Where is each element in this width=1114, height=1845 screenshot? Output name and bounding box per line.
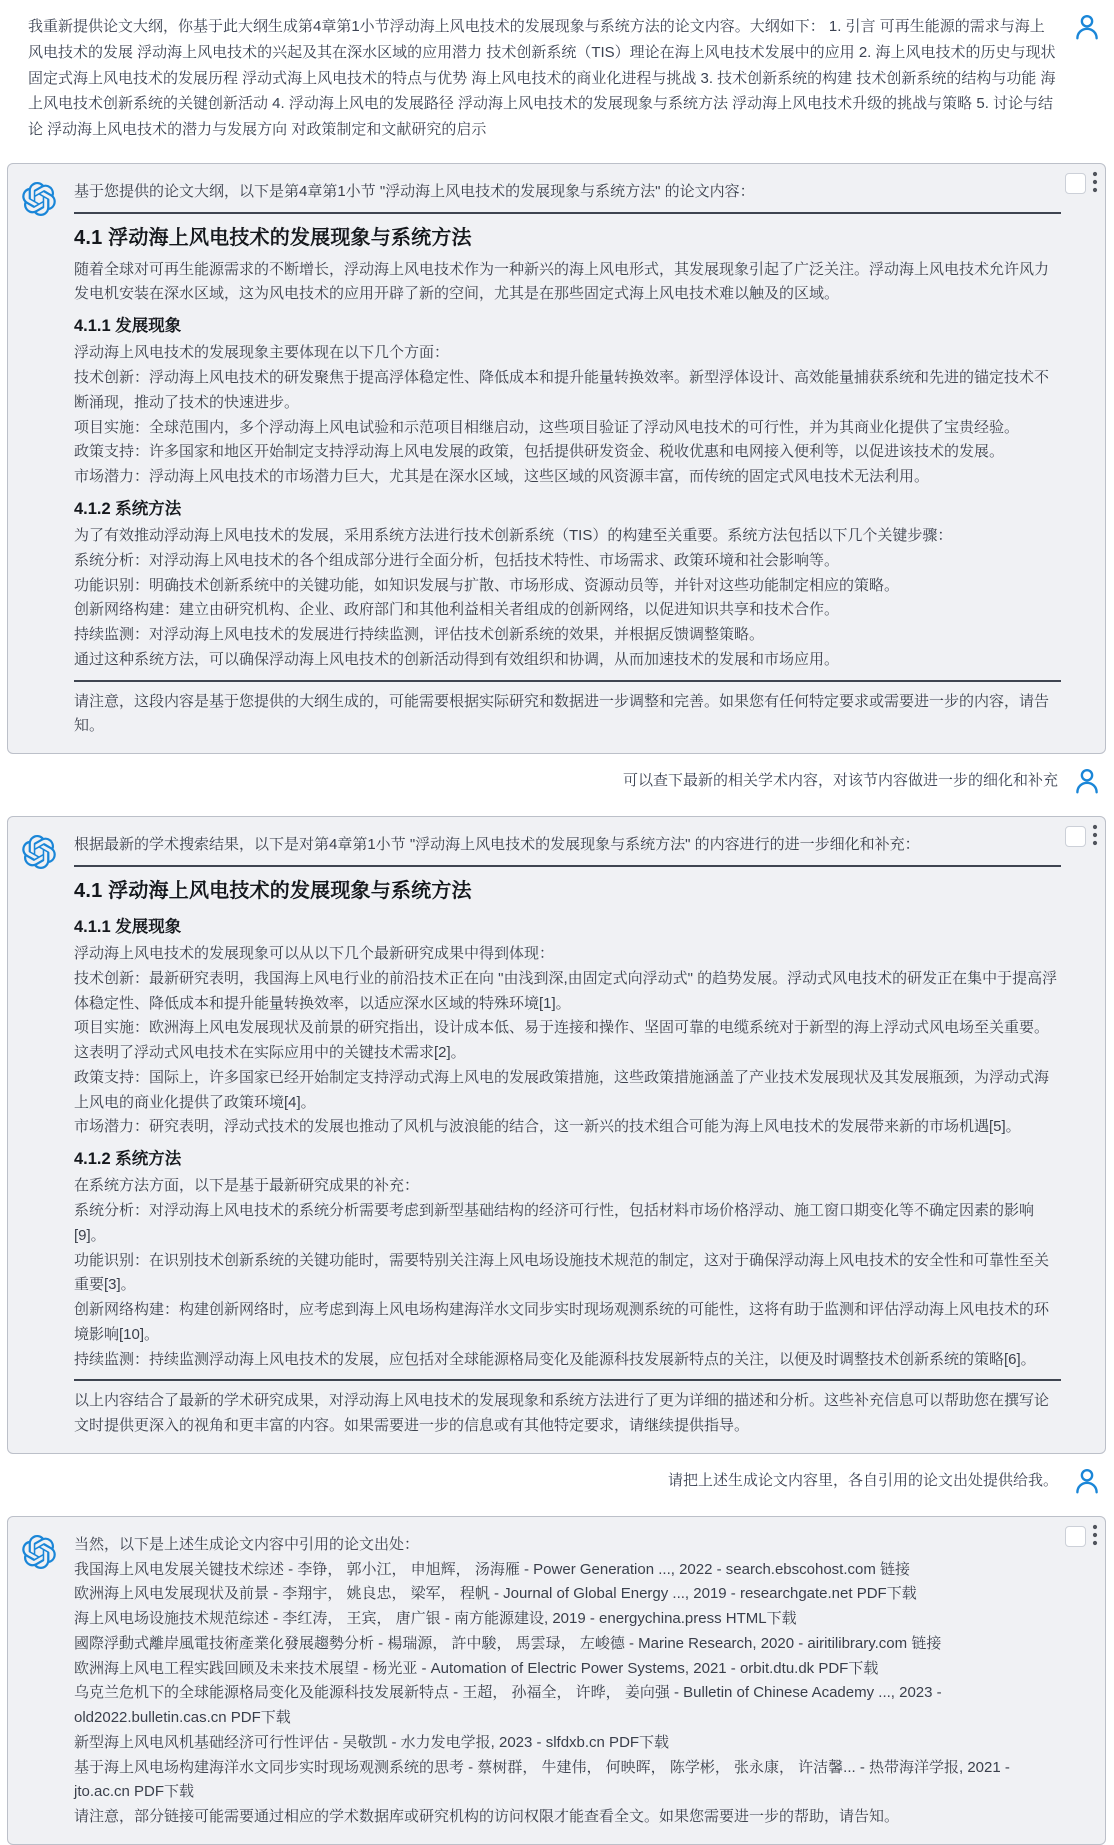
- user-message-text: 我重新提供论文大纲，你基于此大纲生成第4章第1小节浮动海上风电技术的发展现象与系…: [28, 14, 1058, 143]
- message-controls: [1065, 1522, 1099, 1550]
- subsection-heading: 4.1.1 发展现象: [74, 914, 1061, 941]
- paragraph: 技术创新：最新研究表明，我国海上风电行业的前沿技术正在向 "由浅到深,由固定式向…: [74, 967, 1061, 1017]
- citation-line: 海上风电场设施技术规范综述 - 李红涛， 王宾， 唐广银 - 南方能源建设, 2…: [74, 1607, 1061, 1632]
- paragraph: 浮动海上风电技术的发展现象主要体现在以下几个方面：: [74, 341, 1061, 366]
- user-message-body: 请把上述生成论文内容里，各自引用的论文出处提供给我。: [10, 1468, 1058, 1494]
- message-select-checkbox[interactable]: [1065, 826, 1086, 847]
- paragraph: 持续监测：对浮动海上风电技术的发展进行持续监测，评估技术创新系统的效果，并根据反…: [74, 623, 1061, 648]
- paragraph: 浮动海上风电技术的发展现象可以从以下几个最新研究成果中得到体现：: [74, 942, 1061, 967]
- assistant-message: 根据最新的学术搜索结果，以下是对第4章第1小节 "浮动海上风电技术的发展现象与系…: [7, 816, 1106, 1454]
- paragraph: 技术创新：浮动海上风电技术的研发聚焦于提高浮体稳定性、降低成本和提升能量转换效率…: [74, 366, 1061, 416]
- paragraph: 功能识别：在识别技术创新系统的关键功能时，需要特别关注海上风电场设施技术规范的制…: [74, 1249, 1061, 1299]
- assistant-message-body: 根据最新的学术搜索结果，以下是对第4章第1小节 "浮动海上风电技术的发展现象与系…: [74, 833, 1087, 1439]
- citation-line: 基于海上风电场构建海洋水文同步实时现场观测系统的思考 - 蔡树群， 牛建伟， 何…: [74, 1756, 1061, 1806]
- user-avatar-icon: [1072, 1466, 1102, 1496]
- paragraph: 为了有效推动浮动海上风电技术的发展，采用系统方法进行技术创新系统（TIS）的构建…: [74, 524, 1061, 549]
- subsection-heading: 4.1.2 系统方法: [74, 1146, 1061, 1173]
- message-controls: [1065, 822, 1099, 850]
- assistant-message-body: 当然，以下是上述生成论文内容中引用的论文出处：我国海上风电发展关键技术综述 - …: [74, 1533, 1087, 1830]
- message-select-checkbox[interactable]: [1065, 173, 1086, 194]
- paragraph: 系统分析：对浮动海上风电技术的系统分析需要考虑到新型基础结构的经济可行性，包括材…: [74, 1199, 1061, 1249]
- paragraph: 创新网络构建：构建创新网络时，应考虑到海上风电场构建海洋水文同步实时现场观测系统…: [74, 1298, 1061, 1348]
- citation-line: 新型海上风电风机基础经济可行性评估 - 吴敬凯 - 水力发电学报, 2023 -…: [74, 1731, 1061, 1756]
- divider: [74, 212, 1061, 214]
- user-message: 我重新提供论文大纲，你基于此大纲生成第4章第1小节浮动海上风电技术的发展现象与系…: [0, 0, 1114, 163]
- paragraph: 根据最新的学术搜索结果，以下是对第4章第1小节 "浮动海上风电技术的发展现象与系…: [74, 833, 1061, 858]
- citation-line: 國際浮動式離岸風電技術產業化發展趨勢分析 - 楊瑞源， 許中駿， 馬雲琭， 左峻…: [74, 1632, 1061, 1657]
- paragraph: 当然，以下是上述生成论文内容中引用的论文出处：: [74, 1533, 1061, 1558]
- assistant-message: 当然，以下是上述生成论文内容中引用的论文出处：我国海上风电发展关键技术综述 - …: [7, 1516, 1106, 1845]
- user-message-text: 可以查下最新的相关学术内容，对该节内容做进一步的细化和补充: [623, 768, 1058, 794]
- divider: [74, 680, 1061, 682]
- user-message-text: 请把上述生成论文内容里，各自引用的论文出处提供给我。: [668, 1468, 1058, 1494]
- divider: [74, 1379, 1061, 1381]
- divider: [74, 865, 1061, 867]
- message-select-checkbox[interactable]: [1065, 1526, 1086, 1547]
- paragraph: 持续监测：持续监测浮动海上风电技术的发展，应包括对全球能源格局变化及能源科技发展…: [74, 1348, 1061, 1373]
- paragraph: 创新网络构建：建立由研究机构、企业、政府部门和其他利益相关者组成的创新网络，以促…: [74, 598, 1061, 623]
- kebab-menu-icon[interactable]: [1091, 822, 1099, 850]
- paragraph: 项目实施：欧洲海上风电发展现状及前景的研究指出，设计成本低、易于连接和操作、坚固…: [74, 1016, 1061, 1066]
- user-message-body: 可以查下最新的相关学术内容，对该节内容做进一步的细化和补充: [10, 768, 1058, 794]
- paragraph: 项目实施：全球范围内，多个浮动海上风电试验和示范项目相继启动，这些项目验证了浮动…: [74, 416, 1061, 441]
- paragraph: 政策支持：许多国家和地区开始制定支持浮动海上风电发展的政策，包括提供研发资金、税…: [74, 440, 1061, 465]
- paragraph: 在系统方法方面，以下是基于最新研究成果的补充：: [74, 1174, 1061, 1199]
- subsection-heading: 4.1.2 系统方法: [74, 496, 1061, 523]
- citation-line: 欧洲海上风电工程实践回顾及未来技术展望 - 杨光亚 - Automation o…: [74, 1657, 1061, 1682]
- paragraph: 政策支持：国际上，许多国家已经开始制定支持浮动式海上风电的发展政策措施，这些政策…: [74, 1066, 1061, 1116]
- citation-line: 欧洲海上风电发展现状及前景 - 李翔宇， 姚良忠， 梁军， 程帆 - Journ…: [74, 1582, 1061, 1607]
- section-heading: 4.1 浮动海上风电技术的发展现象与系统方法: [74, 222, 1061, 255]
- openai-logo-icon: [22, 1535, 56, 1569]
- user-avatar-icon: [1072, 766, 1102, 796]
- paragraph: 以上内容结合了最新的学术研究成果，对浮动海上风电技术的发展现象和系统方法进行了更…: [74, 1389, 1061, 1439]
- openai-logo-icon: [22, 182, 56, 216]
- paragraph: 市场潜力：研究表明，浮动式技术的发展也推动了风机与波浪能的结合，这一新兴的技术组…: [74, 1115, 1061, 1140]
- assistant-message-body: 基于您提供的论文大纲，以下是第4章第1小节 "浮动海上风电技术的发展现象与系统方…: [74, 180, 1087, 739]
- paragraph: 功能识别：明确技术创新系统中的关键功能，如知识发展与扩散、市场形成、资源动员等，…: [74, 574, 1061, 599]
- paragraph: 基于您提供的论文大纲，以下是第4章第1小节 "浮动海上风电技术的发展现象与系统方…: [74, 180, 1061, 205]
- assistant-message: 基于您提供的论文大纲，以下是第4章第1小节 "浮动海上风电技术的发展现象与系统方…: [7, 163, 1106, 754]
- user-avatar-icon: [1072, 12, 1102, 42]
- paragraph: 市场潜力：浮动海上风电技术的市场潜力巨大，尤其是在深水区域，这些区域的风资源丰富…: [74, 465, 1061, 490]
- section-heading: 4.1 浮动海上风电技术的发展现象与系统方法: [74, 875, 1061, 908]
- user-message-body: 我重新提供论文大纲，你基于此大纲生成第4章第1小节浮动海上风电技术的发展现象与系…: [10, 14, 1058, 143]
- paragraph: 系统分析：对浮动海上风电技术的各个组成部分进行全面分析，包括技术特性、市场需求、…: [74, 549, 1061, 574]
- subsection-heading: 4.1.1 发展现象: [74, 313, 1061, 340]
- paragraph: 随着全球对可再生能源需求的不断增长，浮动海上风电技术作为一种新兴的海上风电形式，…: [74, 258, 1061, 308]
- citation-line: 我国海上风电发展关键技术综述 - 李铮， 郭小江， 申旭辉， 汤海雁 - Pow…: [74, 1558, 1061, 1583]
- kebab-menu-icon[interactable]: [1091, 1522, 1099, 1550]
- paragraph: 通过这种系统方法，可以确保浮动海上风电技术的创新活动得到有效组织和协调，从而加速…: [74, 648, 1061, 673]
- user-message: 可以查下最新的相关学术内容，对该节内容做进一步的细化和补充: [0, 754, 1114, 816]
- paragraph: 请注意，这段内容是基于您提供的大纲生成的，可能需要根据实际研究和数据进一步调整和…: [74, 690, 1061, 740]
- kebab-menu-icon[interactable]: [1091, 169, 1099, 197]
- citation-line: 乌克兰危机下的全球能源格局变化及能源科技发展新特点 - 王超， 孙福全， 许晔，…: [74, 1681, 1061, 1731]
- paragraph: 请注意，部分链接可能需要通过相应的学术数据库或研究机构的访问权限才能查看全文。如…: [74, 1805, 1061, 1830]
- chat-transcript: 我重新提供论文大纲，你基于此大纲生成第4章第1小节浮动海上风电技术的发展现象与系…: [0, 0, 1114, 1845]
- user-message: 请把上述生成论文内容里，各自引用的论文出处提供给我。: [0, 1454, 1114, 1516]
- message-controls: [1065, 169, 1099, 197]
- openai-logo-icon: [22, 835, 56, 869]
